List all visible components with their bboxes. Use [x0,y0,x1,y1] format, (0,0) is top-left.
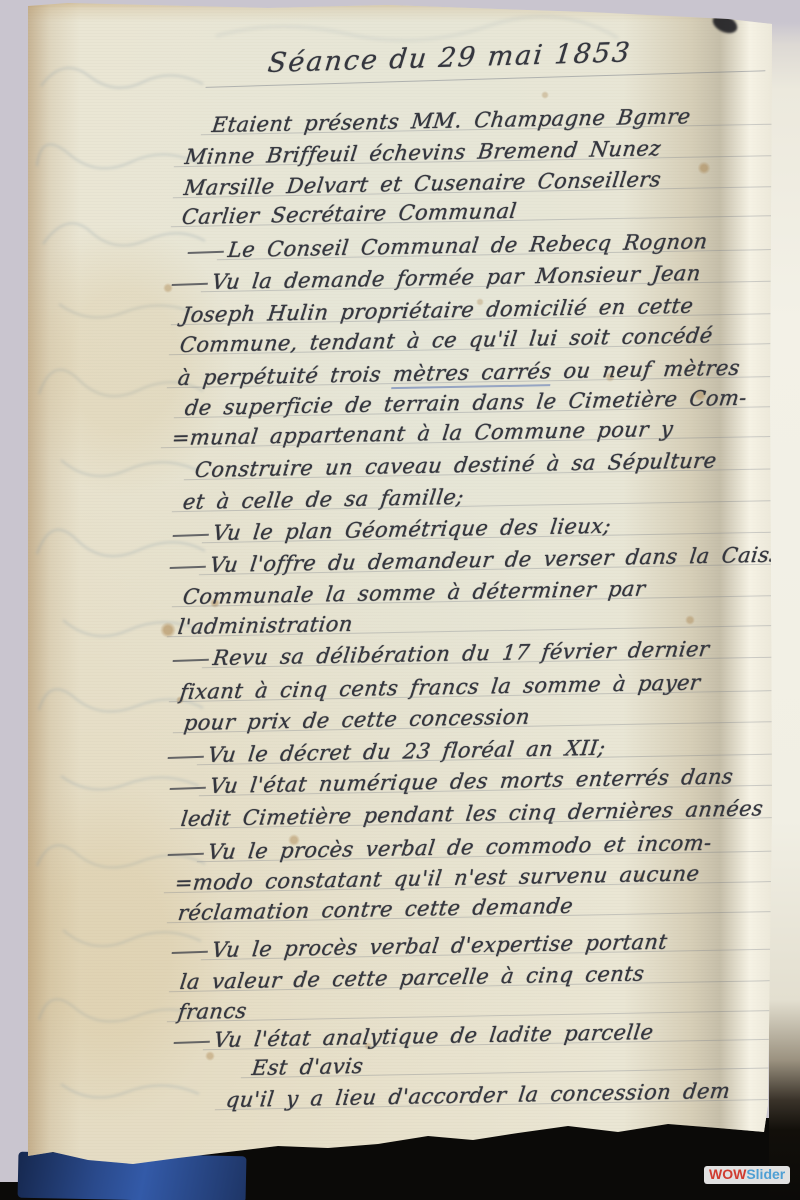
page-block-edge [769,0,800,1200]
page-title: Séance du 29 mai 1853 [266,37,633,79]
manuscript-line: l'administration [176,610,354,641]
manuscript-line: Est d'avis [250,1052,365,1082]
manuscript-line: ledit Cimetière pendant les cinq dernièr… [179,794,765,833]
manuscript-line: Carlier Secrétaire Communal [180,197,518,231]
manuscript-line: pour prix de cette concession [182,703,531,737]
manuscript-line: Vu le décret du 23 floréal an XII; [206,734,607,769]
manuscript-line: Vu l'état analytique de ladite parcelle [212,1018,655,1054]
manuscript-line: Communale la somme à déterminer par [181,574,647,611]
manuscript-line: la valeur de cette parcelle à cinq cents [178,959,646,996]
manuscript-line: Marsille Delvart et Cusenaire Conseiller… [182,165,662,202]
manuscript-line: Vu la demande formée par Monsieur Jean [210,259,702,296]
manuscript-line: Minne Briffeuil échevins Bremend Nunez [183,134,662,171]
manuscript-line: francs [176,997,248,1026]
manuscript-line: Le Conseil Communal de Rebecq Rognon [226,227,709,264]
line-segment: à perpétuité trois [177,362,395,390]
watermark-slider-label: Slider [746,1166,785,1182]
underlined-phrase: mètres carrés [391,359,553,389]
manuscript-line: Vu l'état numérique des morts enterrés d… [208,762,735,800]
manuscript-line: Construire un caveau destiné à sa Sépult… [193,446,718,484]
manuscript-line: et à celle de sa famille; [181,483,465,516]
manuscript-line: fixant à cinq cents francs la somme à pa… [178,668,702,706]
manuscript-line: Vu le procès verbal d'expertise portant [210,928,669,964]
manuscript-line: réclamation contre cette demande [176,892,574,927]
manuscript-page: Séance du 29 mai 1853 Etaient présents M… [28,0,772,1168]
manuscript-line: Vu le plan Géométrique des lieux; [211,512,612,547]
wowslider-watermark[interactable]: WOWSlider [704,1166,790,1184]
watermark-wow-label: WOW [709,1166,746,1182]
line-segment: ou neuf mètres [550,356,741,384]
manuscript-line: Vu l'offre du demandeur de verser dans l… [208,540,795,579]
manuscript-line: qu'il y a lieu d'accorder la concession … [224,1077,732,1114]
manuscript-line: Etaient présents MM. Champagne Bgmre [210,102,692,139]
manuscript-line: Revu sa délibération du 17 février derni… [211,635,711,672]
manuscript-text: Séance du 29 mai 1853 Etaient présents M… [28,0,772,1168]
photo-of-manuscript: Séance du 29 mai 1853 Etaient présents M… [0,0,800,1200]
